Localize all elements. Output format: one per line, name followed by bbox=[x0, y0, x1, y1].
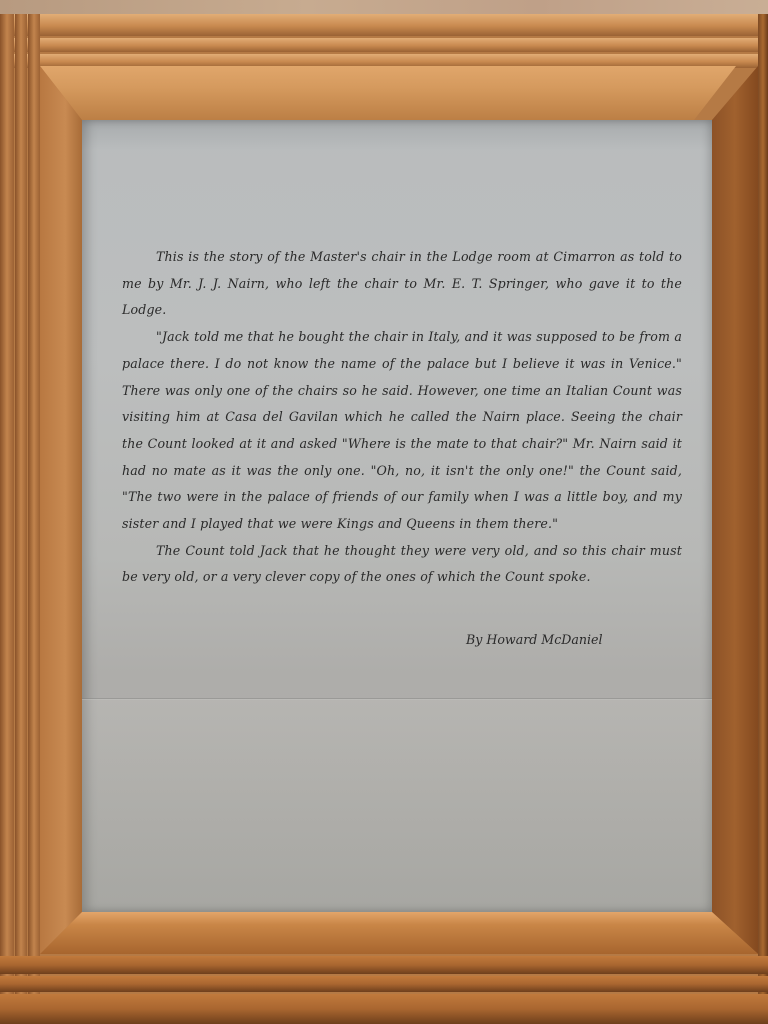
letter-signature: By Howard McDaniel bbox=[466, 632, 602, 647]
frame-bevel-top bbox=[40, 66, 736, 120]
frame-molding-ridge bbox=[28, 14, 40, 1024]
frame-molding-ridge bbox=[15, 14, 27, 1024]
letter-paragraph: This is the story of the Master's chair … bbox=[122, 244, 682, 324]
frame-molding-ridge bbox=[0, 14, 768, 36]
frame-molding-ridge bbox=[0, 956, 768, 974]
letter-paragraph: "Jack told me that he bought the chair i… bbox=[122, 324, 682, 538]
frame-molding-ridge bbox=[0, 38, 768, 52]
letter-body: This is the story of the Master's chair … bbox=[122, 244, 682, 591]
frame-molding-ridge bbox=[0, 14, 14, 1024]
letter-paragraph: The Count told Jack that he thought they… bbox=[122, 538, 682, 591]
frame-molding-ridge bbox=[758, 14, 768, 1024]
frame-bevel-bottom bbox=[40, 912, 758, 954]
letter-paper: This is the story of the Master's chair … bbox=[82, 120, 712, 912]
frame-molding-ridge bbox=[0, 976, 768, 992]
frame-molding-ridge bbox=[0, 54, 768, 68]
paper-lower-panel bbox=[82, 700, 712, 912]
frame-bevel-left bbox=[40, 66, 82, 954]
frame-molding-ridge bbox=[0, 994, 768, 1024]
frame-bevel-right bbox=[712, 66, 758, 954]
